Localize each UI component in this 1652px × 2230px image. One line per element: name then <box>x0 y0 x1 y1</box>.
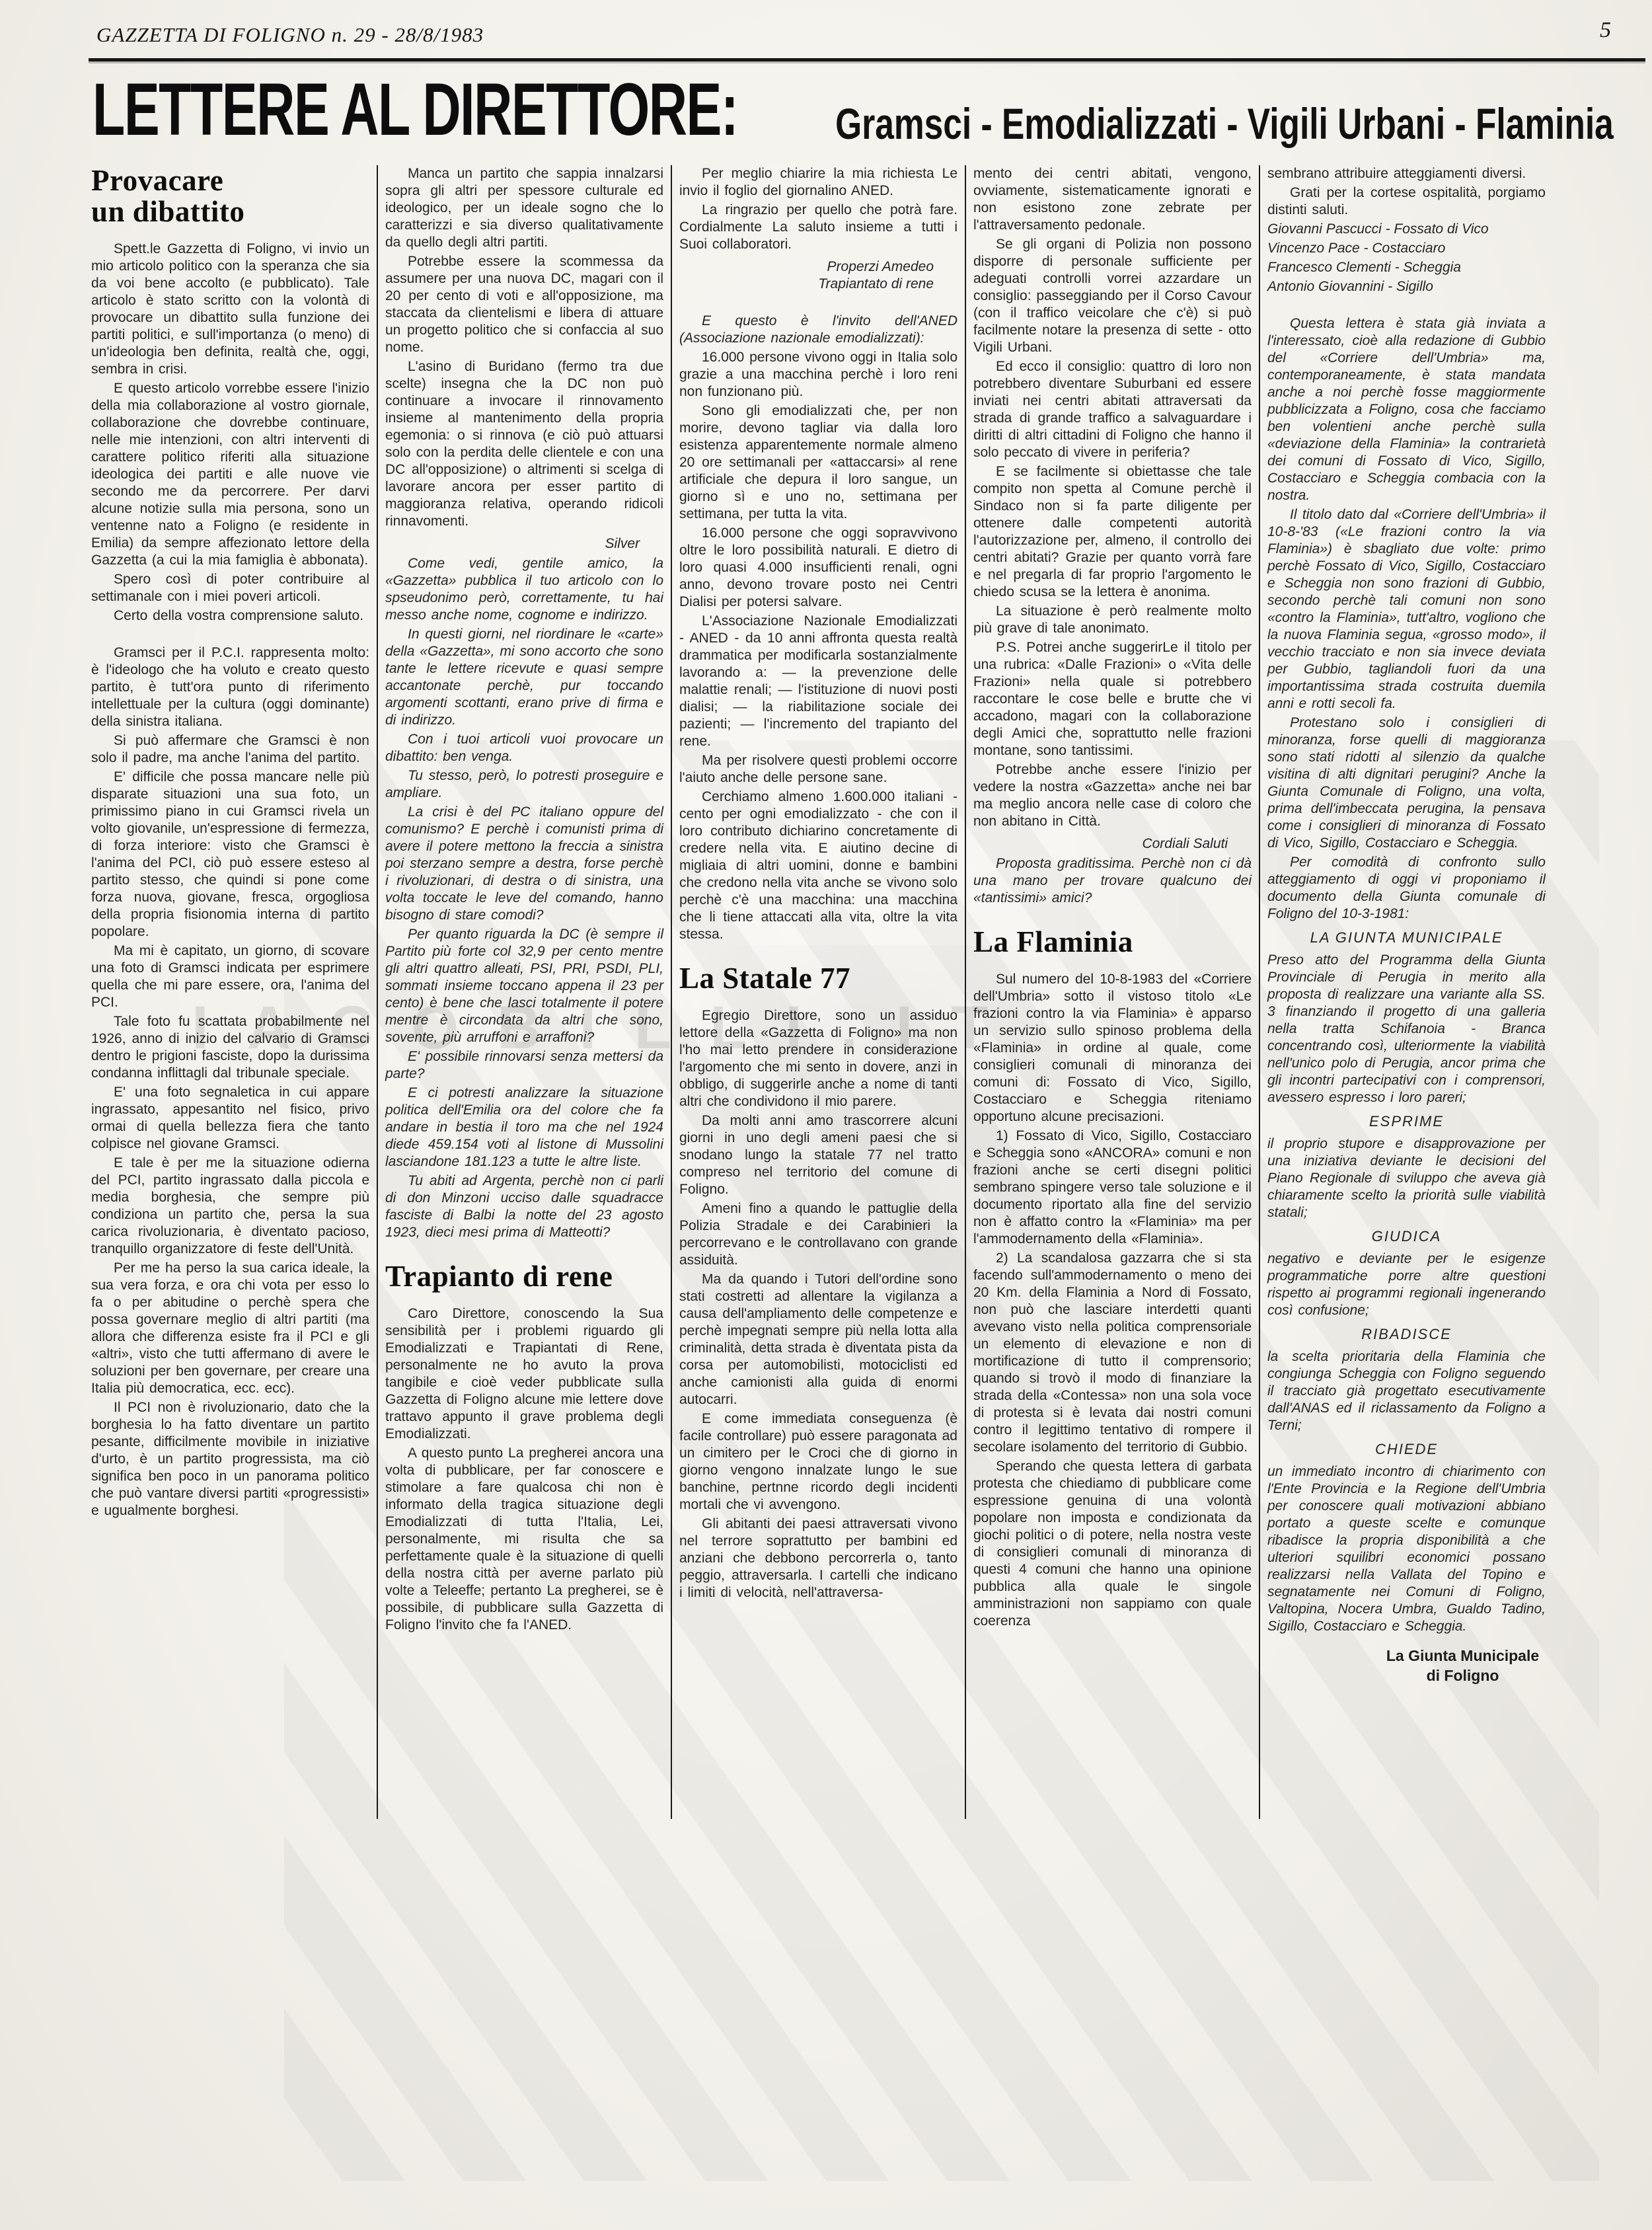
column-4: mento dei centri abitati, vengono, ovvia… <box>966 165 1260 1819</box>
editor-reply-paragraph: Per comodità di confronto sullo atteggia… <box>1267 854 1546 923</box>
masthead: GAZZETTA DI FOLIGNO n. 29 - 28/8/1983 <box>96 24 484 46</box>
editor-reply-paragraph: Per quanto riguarda la DC (è sempre il P… <box>385 926 663 1046</box>
newspaper-page: { "page": { "masthead": "GAZZETTA DI FOL… <box>0 0 1652 2230</box>
letter-heading: La Statale 77 <box>679 963 957 994</box>
letter-paragraph: Da molti anni amo trascorrere alcuni gio… <box>679 1112 957 1198</box>
editor-reply-paragraph: E questo è l'invito dell'ANED (Associazi… <box>679 313 957 347</box>
letter-paragraph: E questo articolo vorrebbe essere l'iniz… <box>91 380 369 569</box>
letter-paragraph: E come immediata conseguenza (è facile c… <box>679 1410 957 1514</box>
letter-paragraph: Ameni fino a quando le pattuglie della P… <box>679 1200 957 1269</box>
column-2: Manca un partito che sappia innalzarsi s… <box>378 165 672 1819</box>
document-section-label: ESPRIME <box>1267 1113 1546 1130</box>
document-paragraph: negativo e deviante per le esigenze prog… <box>1267 1250 1546 1319</box>
letter-paragraph: Sperando che questa lettera di garbata p… <box>973 1458 1252 1630</box>
document-section-label: RIBADISCE <box>1267 1326 1546 1343</box>
letter-paragraph: Spero così di poter contribuire al setti… <box>91 571 369 605</box>
section-headline: LETTERE AL DIRETTORE: <box>93 71 737 148</box>
editor-reply-paragraph: In questi giorni, nel riordinare le «car… <box>385 626 663 729</box>
letter-paragraph: Potrebbe essere la scommessa da assumere… <box>385 253 663 356</box>
editor-reply-paragraph: Protestano solo i consiglieri di minoran… <box>1267 714 1546 852</box>
letter-paragraph: Manca un partito che sappia innalzarsi s… <box>385 165 663 251</box>
letter-paragraph: 16.000 persone vivono oggi in Italia sol… <box>679 349 957 401</box>
letter-signature: Silver <box>385 535 663 553</box>
letter-paragraph: Ma per risolvere questi problemi occorre… <box>679 752 957 787</box>
letter-signature: Properzi Amedeo Trapiantato di rene <box>679 258 957 293</box>
editor-reply-paragraph: Con i tuoi articoli vuoi provocare un di… <box>385 731 663 765</box>
letter-paragraph: Certo della vostra comprensione saluto. <box>91 607 369 625</box>
letter-paragraph: L'Associazione Nazionale Emodializzati -… <box>679 613 957 750</box>
page-number: 5 <box>1600 19 1611 42</box>
letter-paragraph: Il PCI non è rivoluzionario, dato che la… <box>91 1399 369 1519</box>
editor-reply-paragraph: Proposta graditissima. Perchè non ci dà … <box>973 855 1252 907</box>
letter-paragraph: Gramsci per il P.C.I. rappresenta molto:… <box>91 644 369 730</box>
letter-heading: Provacare un dibattito <box>91 165 369 227</box>
letter-paragraph: Se gli organi di Polizia non possono dis… <box>973 236 1252 356</box>
letter-paragraph: E tale è per me la situazione odierna de… <box>91 1155 369 1258</box>
letter-paragraph: Ma mi è capitato, un giorno, di scovare … <box>91 942 369 1011</box>
letter-paragraph: 2) La scandalosa gazzarra che si sta fac… <box>973 1250 1252 1456</box>
document-paragraph: il proprio stupore e disapprovazione per… <box>1267 1135 1546 1221</box>
letter-paragraph: Sono gli emodializzati che, per non mori… <box>679 403 957 523</box>
letter-paragraph: E' una foto segnaletica in cui appare in… <box>91 1084 369 1153</box>
letter-paragraph: A questo punto La pregherei ancora una v… <box>385 1445 663 1634</box>
letter-paragraph: E se facilmente si obiettasse che tale c… <box>973 463 1252 601</box>
letter-paragraph: Caro Direttore, conoscendo la Sua sensib… <box>385 1305 663 1443</box>
letter-paragraph: Grati per la cortese ospitalità, porgiam… <box>1267 184 1546 219</box>
letter-paragraph: Per meglio chiarire la mia richiesta Le … <box>679 165 957 200</box>
document-section-label: CHIEDE <box>1267 1441 1546 1458</box>
letter-paragraph: Sul numero del 10-8-1983 del «Corriere d… <box>973 971 1252 1126</box>
header-rule <box>89 58 1645 61</box>
letter-paragraph: Per me ha perso la sua carica ideale, la… <box>91 1260 369 1397</box>
document-paragraph: la scelta prioritaria della Flaminia che… <box>1267 1348 1546 1434</box>
letter-paragraph: Egregio Direttore, sono un assiduo letto… <box>679 1007 957 1110</box>
letter-paragraph-continued: sembrano attribuire atteggiamenti divers… <box>1267 165 1546 182</box>
letter-paragraph: 1) Fossato di Vico, Sigillo, Costacciaro… <box>973 1128 1252 1248</box>
letter-paragraph: Cerchiamo almeno 1.600.000 italiani - ce… <box>679 788 957 943</box>
editor-reply-paragraph: Come vedi, gentile amico, la «Gazzetta» … <box>385 555 663 624</box>
signatory-name: Antonio Giovannini - Sigillo <box>1267 278 1546 295</box>
letter-paragraph: La ringrazio per quello che potrà fare. … <box>679 202 957 253</box>
letter-paragraph: Si può affermare che Gramsci è non solo … <box>91 732 369 767</box>
editor-reply-paragraph: E ci potresti analizzare la situazione p… <box>385 1085 663 1171</box>
letter-paragraph: P.S. Potrei anche suggerirLe il titolo p… <box>973 639 1252 759</box>
document-section-label: GIUDICA <box>1267 1228 1546 1245</box>
letter-paragraph: E' difficile che possa mancare nelle più… <box>91 769 369 941</box>
column-1: Provacare un dibattitoSpett.le Gazzetta … <box>91 165 378 1819</box>
letter-paragraph: Tale foto fu scattata probabilmente nel … <box>91 1013 369 1082</box>
letter-paragraph: L'asino di Buridano (fermo tra due scelt… <box>385 358 663 530</box>
letter-paragraph: La situazione è però realmente molto più… <box>973 603 1252 637</box>
editor-reply-paragraph: Tu abiti ad Argenta, perchè non ci parli… <box>385 1173 663 1241</box>
letter-paragraph: Gli abitanti dei paesi attraversati vivo… <box>679 1516 957 1601</box>
letter-heading: Trapianto di rene <box>385 1261 663 1292</box>
letter-paragraph: Potrebbe anche essere l'inizio per veder… <box>973 761 1252 830</box>
giunta-signature: La Giunta Municipale di Foligno <box>1267 1646 1546 1685</box>
signatory-name: Francesco Clementi - Scheggia <box>1267 258 1546 276</box>
document-paragraph: un immediato incontro di chiarimento con… <box>1267 1463 1546 1635</box>
document-paragraph: Preso atto del Programma della Giunta Pr… <box>1267 952 1546 1106</box>
signatory-name: Giovanni Pascucci - Fossato di Vico <box>1267 220 1546 238</box>
headline-topics: Gramsci - Emodializzati - Vigili Urbani … <box>835 100 1614 147</box>
letter-paragraph: 16.000 persone che oggi sopravvivono olt… <box>679 525 957 611</box>
editor-reply-paragraph: E' possibile rinnovarsi senza mettersi d… <box>385 1048 663 1083</box>
signatory-name: Vincenzo Pace - Costacciaro <box>1267 239 1546 257</box>
editor-reply-paragraph: Tu stesso, però, lo potresti proseguire … <box>385 767 663 802</box>
editor-reply-paragraph: Questa lettera è stata già inviata a l'i… <box>1267 315 1546 504</box>
letter-heading: La Flaminia <box>973 927 1252 958</box>
column-5: sembrano attribuire atteggiamenti divers… <box>1260 165 1546 1819</box>
letter-paragraph: Spett.le Gazzetta di Foligno, vi invio u… <box>91 241 369 378</box>
letter-paragraph: Ma da quando i Tutori dell'ordine sono s… <box>679 1271 957 1408</box>
letter-paragraph-continued: mento dei centri abitati, vengono, ovvia… <box>973 165 1252 234</box>
column-3: Per meglio chiarire la mia richiesta Le … <box>672 165 966 1819</box>
letters-columns: Provacare un dibattitoSpett.le Gazzetta … <box>91 165 1562 1819</box>
letter-signature: Cordiali Saluti <box>973 835 1252 853</box>
editor-reply-paragraph: La crisi è del PC italiano oppure del co… <box>385 804 663 924</box>
editor-reply-paragraph: Il titolo dato dal «Corriere dell'Umbria… <box>1267 506 1546 712</box>
letter-paragraph: Ed ecco il consiglio: quattro di loro no… <box>973 358 1252 461</box>
document-section-label: LA GIUNTA MUNICIPALE <box>1267 929 1546 946</box>
